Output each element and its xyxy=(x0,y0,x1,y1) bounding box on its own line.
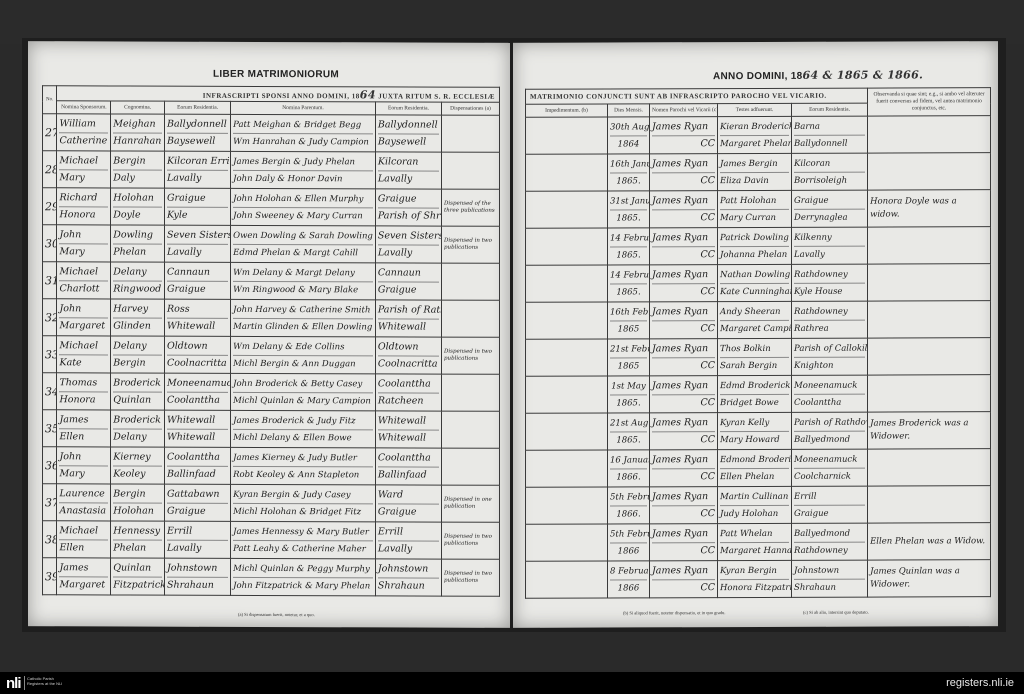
priest-name: James Ryan xyxy=(652,230,715,247)
bride-surname: Doyle xyxy=(113,207,162,223)
groom-parents: Michl Quinlan & Peggy Murphy xyxy=(233,560,373,577)
priest-title: CC xyxy=(652,321,715,337)
bride-name: Honora xyxy=(59,207,108,223)
marriage-date: 16th January1865. xyxy=(608,154,650,191)
date-year: 1865. xyxy=(610,432,647,448)
spouse-residence: OldtownCoolnacritta xyxy=(164,336,230,373)
bride-parents: Patt Leahy & Catherine Maher xyxy=(233,540,373,556)
parents-names: James Broderick & Judy FitzMichl Delany … xyxy=(231,410,376,448)
parents-names: John Holohan & Ellen MurphyJohn Sweeney … xyxy=(231,188,376,226)
groom-parents: James Hennessy & Mary Butler xyxy=(233,523,373,540)
priest-title: CC xyxy=(652,284,715,300)
date-day-month: 1st May xyxy=(610,378,647,395)
date-year: 1865. xyxy=(610,173,647,189)
bride-residence: Graigue xyxy=(167,503,228,519)
witness-1-residence: Moneenamuck xyxy=(794,451,865,468)
groom-parents: James Broderick & Judy Fitz xyxy=(233,412,373,429)
entry-number: 33 xyxy=(43,336,57,373)
spouse-residence: Seven SistersLavally xyxy=(164,225,230,262)
spouse-residence: CoolantthaBallinfaad xyxy=(164,447,230,484)
observations xyxy=(868,486,991,523)
right-banner: MATRIMONIO CONJUNCTI SUNT AB INFRASCRIPT… xyxy=(526,88,868,104)
bride-surname: Quinlan xyxy=(113,392,162,408)
witness-residence: MoneenamuckCoolcharnick xyxy=(792,449,868,486)
marriage-date: 14 February1865. xyxy=(608,228,650,265)
witness-2-residence: Coolanttha xyxy=(794,394,865,410)
witness-1: Nathan Dowling xyxy=(720,266,789,283)
table-row: 5th February1866.James RyanCCMartin Cull… xyxy=(526,486,991,525)
priest: James RyanCC xyxy=(650,450,718,487)
entry-number: 29 xyxy=(43,188,57,225)
spouse-first-names: MichaelEllen xyxy=(57,521,111,558)
groom-parents: John Broderick & Betty Casey xyxy=(233,375,373,392)
groom-parents: John Harvey & Catherine Smith xyxy=(233,301,373,318)
marriage-date: 5th February1866. xyxy=(608,487,650,524)
right-page: ANNO DOMINI, 1864 & 1865 & 1866. MATRIMO… xyxy=(513,41,998,628)
spouse-surnames: BroderickQuinlan xyxy=(111,373,165,410)
col-nomina-parentum: Nomina Parentum. xyxy=(231,101,376,115)
groom-surname: Meighan xyxy=(113,116,162,133)
witnesses: Thos BolkinSarah Bergin xyxy=(718,338,792,375)
groom-parents-residence: Ward xyxy=(378,487,439,504)
marriage-date: 21st August1865. xyxy=(608,413,650,450)
witness-2: Kate Cunningham xyxy=(720,283,789,299)
table-row: 32JohnMargaretHarveyGlindenRossWhitewall… xyxy=(43,299,500,338)
priest-name: James Ryan xyxy=(652,452,715,469)
nli-logo-subtitle: Catholic Parish Registers at the NLI xyxy=(27,676,67,686)
groom-name: Michael xyxy=(59,153,108,170)
col-cognomina: Cognomina. xyxy=(111,101,165,114)
table-row: 33MichaelKateDelanyBerginOldtownCoolnacr… xyxy=(43,336,500,375)
groom-residence: Oldtown xyxy=(167,338,228,355)
groom-residence: Johnstown xyxy=(167,560,228,577)
parents-names: James Bergin & Judy PhelanJohn Daly & Ho… xyxy=(231,151,376,189)
bride-parents-residence: Lavally xyxy=(378,245,439,261)
priest-title: CC xyxy=(652,506,715,522)
witness-2-residence: Graigue xyxy=(794,505,865,521)
observations: Ellen Phelan was a Widow. xyxy=(868,523,991,560)
bride-name: Ellen xyxy=(59,429,108,445)
witness-residence: RathdowneyKyle House xyxy=(792,264,868,301)
witness-2-residence: Knighton xyxy=(794,357,865,373)
groom-parents: Owen Dowling & Sarah Dowling xyxy=(233,227,373,244)
col-residentia: Eorum Residentia. xyxy=(164,101,230,114)
parents-names: James Hennessy & Mary ButlerPatt Leahy &… xyxy=(231,521,376,559)
bride-surname: Daly xyxy=(113,170,162,186)
col-dispensationes: Dispensationes (a) xyxy=(442,102,500,115)
witness-1: Kyran Kelly xyxy=(720,414,789,431)
bride-residence: Coolanttha xyxy=(167,392,228,408)
groom-name: Thomas xyxy=(59,375,108,392)
bride-parents-residence: Ballinfaad xyxy=(378,467,439,483)
witness-2-residence: Shrahaun xyxy=(794,579,865,595)
bride-parents-residence: Coolnacritta xyxy=(378,356,439,372)
witnesses: Patt HolohanMary Curran xyxy=(718,190,792,227)
bride-residence: Ballinfaad xyxy=(167,466,228,482)
col-observanda: Observanda si quae sint; e.g., si ambo v… xyxy=(868,88,991,116)
spouse-first-names: JamesEllen xyxy=(57,410,111,447)
site-link[interactable]: registers.nli.ie xyxy=(946,677,1014,689)
spouse-surnames: MeighanHanrahan xyxy=(111,114,165,151)
right-footnote-c: (c) Si ab alio, intersint quo deputato. xyxy=(803,610,869,615)
bride-surname: Phelan xyxy=(113,244,162,260)
groom-residence: Seven Sisters xyxy=(167,227,228,244)
witness-2-residence: Borrisoleigh xyxy=(794,172,865,188)
date-day-month: 21st August xyxy=(610,415,647,432)
spouse-residence: WhitewallWhitewall xyxy=(164,410,230,447)
spouse-residence: RossWhitewall xyxy=(164,299,230,336)
groom-surname: Hennessy xyxy=(113,523,162,540)
priest-title: CC xyxy=(652,469,715,485)
marriage-date: 16 January1866. xyxy=(608,450,650,487)
groom-parents: Wm Delany & Ede Collins xyxy=(233,338,373,355)
witness-2-residence: Rathrea xyxy=(794,320,865,336)
impedimentum xyxy=(526,154,608,191)
dispensation: Dispensed in two publications xyxy=(442,226,500,263)
table-row: 16th February1865James RyanCCAndy Sheera… xyxy=(526,301,991,340)
groom-residence: Whitewall xyxy=(167,412,228,429)
priest-title: CC xyxy=(652,136,715,152)
spouse-surnames: BerginDaly xyxy=(111,151,165,188)
priest: James RyanCC xyxy=(650,117,718,154)
witness-2: Mary Curran xyxy=(720,209,789,225)
table-row: 30th August1864James RyanCCKieran Broder… xyxy=(526,116,991,155)
groom-parents: Patt Meighan & Bridget Begg xyxy=(233,116,373,133)
observations: James Broderick was a Widower. xyxy=(868,412,991,449)
bride-parents: Robt Keoley & Ann Stapleton xyxy=(233,466,373,482)
witness-2: Eliza Davin xyxy=(720,172,789,188)
bride-parents-residence: Shrahaun xyxy=(378,578,439,594)
witness-2: Margaret Campion xyxy=(720,320,789,336)
spouse-surnames: DelanyRingwood xyxy=(111,262,165,299)
groom-surname: Delany xyxy=(113,264,162,281)
priest-name: James Ryan xyxy=(652,304,715,321)
spouse-surnames: HarveyGlinden xyxy=(111,299,165,336)
entry-number: 35 xyxy=(43,410,57,447)
table-row: 35JamesEllenBroderickDelanyWhitewallWhit… xyxy=(43,410,500,449)
date-day-month: 21st February xyxy=(610,341,647,358)
witness-1-residence: Ballyedmond xyxy=(794,525,865,542)
witness-1: Martin Cullinan xyxy=(720,488,789,505)
witness-1-residence: Kilcoran xyxy=(794,155,865,172)
bride-parents-residence: Whitewall xyxy=(378,430,439,446)
witness-2-residence: Ballyedmond xyxy=(794,431,865,447)
parents-names: James Kierney & Judy ButlerRobt Keoley &… xyxy=(231,447,376,485)
spouse-surnames: DowlingPhelan xyxy=(111,225,165,262)
dispensation xyxy=(442,300,500,337)
witness-2: Margaret Hanna xyxy=(720,542,789,558)
table-row: 37LaurenceAnastasiaBerginHolohanGattabaw… xyxy=(43,484,500,523)
parents-residence: CannaunGraigue xyxy=(375,263,441,300)
bride-parents-residence: Whitewall xyxy=(378,319,439,335)
dispensation xyxy=(442,152,500,189)
spouse-first-names: LaurenceAnastasia xyxy=(57,484,111,521)
groom-surname: Dowling xyxy=(113,227,162,244)
groom-parents: Wm Delany & Margt Delany xyxy=(233,264,373,281)
priest-name: James Ryan xyxy=(652,378,715,395)
bride-residence: Whitewall xyxy=(167,318,228,334)
entry-number: 32 xyxy=(43,299,57,336)
table-row: 8 February1866James RyanCCKyran BerginHo… xyxy=(526,560,991,599)
priest: James RyanCC xyxy=(650,302,718,339)
table-row: 14 February1865.James RyanCCPatrick Dowl… xyxy=(526,227,991,266)
bride-name: Ellen xyxy=(59,540,108,556)
bride-residence: Shrahaun xyxy=(167,577,228,593)
dispensation xyxy=(442,115,500,152)
spouse-surnames: BerginHolohan xyxy=(111,484,165,521)
col-no: No. xyxy=(43,86,57,114)
bride-surname: Fitzpatrick xyxy=(113,577,162,593)
witness-1-residence: Barna xyxy=(794,118,865,135)
witness-residence: BarnaBallydonnell xyxy=(792,116,868,153)
table-row: 38MichaelEllenHennessyPhelanErrillLavall… xyxy=(43,521,500,560)
priest-name: James Ryan xyxy=(652,526,715,543)
witnesses: Edmond BroderickEllen Phelan xyxy=(718,449,792,486)
groom-parents-residence: Coolanttha xyxy=(378,450,439,467)
priest: James RyanCC xyxy=(650,413,718,450)
col-nomina-sponsorum: Nomina Sponsorum. xyxy=(57,101,111,114)
witness-residence: ErrillGraigue xyxy=(792,486,868,523)
witness-1: Andy Sheeran xyxy=(720,303,789,320)
bride-parents: Wm Hanrahan & Judy Campion xyxy=(233,133,373,149)
priest-name: James Ryan xyxy=(652,156,715,173)
entry-number: 28 xyxy=(43,151,57,188)
observations: Honora Doyle was a widow. xyxy=(868,190,991,227)
priest-name: James Ryan xyxy=(652,415,715,432)
table-row: 28MichaelMaryBerginDalyKilcoran ErrillLa… xyxy=(43,151,500,190)
footer-bar xyxy=(0,672,1024,694)
table-row: 16 January1866.James RyanCCEdmond Broder… xyxy=(526,449,991,488)
groom-surname: Bergin xyxy=(113,486,162,503)
bride-parents: John Daly & Honor Davin xyxy=(233,170,373,186)
impedimentum xyxy=(526,413,608,450)
priest-title: CC xyxy=(652,173,715,189)
groom-parents-residence: Errill xyxy=(378,524,439,541)
groom-surname: Holohan xyxy=(113,190,162,207)
dispensation: Dispensed in two publications xyxy=(442,559,500,596)
logo-divider xyxy=(24,676,25,690)
table-row: 27WilliamCatherineMeighanHanrahanBallydo… xyxy=(43,114,500,153)
col-impedimentum: Impedimentum. (b) xyxy=(526,104,608,117)
date-year: 1866. xyxy=(610,506,647,522)
bride-surname: Hanrahan xyxy=(113,133,162,149)
groom-name: Richard xyxy=(59,190,108,207)
date-day-month: 30th August xyxy=(610,119,647,136)
groom-parents: James Kierney & Judy Butler xyxy=(233,449,373,466)
date-day-month: 16th February xyxy=(610,304,647,321)
witness-2: Mary Howard xyxy=(720,431,789,447)
witness-2: Judy Holohan xyxy=(720,505,789,521)
impedimentum xyxy=(526,191,608,228)
witness-1-residence: Johnstown xyxy=(794,562,865,579)
observations xyxy=(868,338,991,375)
witness-2-residence: Kyle House xyxy=(794,283,865,299)
observations: James Quinlan was a Widower. xyxy=(868,560,991,597)
witnesses: Kyran BerginHonora Fitzpatrick xyxy=(718,560,792,597)
bride-surname: Glinden xyxy=(113,318,162,334)
witness-1: Kyran Bergin xyxy=(720,562,789,579)
bride-name: Margaret xyxy=(59,577,108,593)
groom-residence: Graigue xyxy=(167,190,228,207)
left-footnote: (a) Si dispensatum fuerit, notetur, et a… xyxy=(238,612,315,617)
priest-title: CC xyxy=(652,432,715,448)
impedimentum xyxy=(526,265,608,302)
bride-name: Margaret xyxy=(59,318,108,334)
spouse-surnames: QuinlanFitzpatrick xyxy=(111,558,165,595)
bride-parents: John Sweeney & Mary Curran xyxy=(233,207,373,223)
dispensation xyxy=(442,448,500,485)
col-witness-residentia: Eorum Residentia. xyxy=(792,103,868,116)
bride-name: Mary xyxy=(59,244,108,260)
groom-name: John xyxy=(59,449,108,466)
witness-1: Kieran Broderick xyxy=(720,118,789,135)
entry-number: 34 xyxy=(43,373,57,410)
table-row: 31MichaelCharlottDelanyRingwoodCannaunGr… xyxy=(43,262,500,301)
parents-names: Owen Dowling & Sarah DowlingEdmd Phelan … xyxy=(231,225,376,263)
bride-name: Catherine xyxy=(59,133,108,149)
date-day-month: 16th January xyxy=(610,156,647,173)
impedimentum xyxy=(526,302,608,339)
banner-year-handwritten: 64 xyxy=(360,88,376,101)
marriage-date: 30th August1864 xyxy=(608,117,650,154)
witness-2: Sarah Bergin xyxy=(720,357,789,373)
groom-parents: John Holohan & Ellen Murphy xyxy=(233,190,373,207)
parents-residence: Parish of RathdowneyWhitewall xyxy=(375,300,441,337)
bride-parents: John Fitzpatrick & Mary Phelan xyxy=(233,577,373,593)
groom-surname: Delany xyxy=(113,338,162,355)
dispensation xyxy=(442,263,500,300)
bride-residence: Lavally xyxy=(167,540,228,556)
observations xyxy=(868,227,991,264)
spouse-residence: JohnstownShrahaun xyxy=(164,558,230,595)
groom-parents-residence: Seven Sisters xyxy=(378,228,439,245)
bride-surname: Delany xyxy=(113,429,162,445)
date-year: 1866. xyxy=(610,469,647,485)
priest-title: CC xyxy=(652,395,715,411)
groom-residence: Cannaun xyxy=(167,264,228,281)
witness-residence: GraigueDerrynaglea xyxy=(792,190,868,227)
priest: James RyanCC xyxy=(650,487,718,524)
observations xyxy=(868,264,991,301)
groom-residence: Moneenamuck xyxy=(167,375,228,392)
witness-1-residence: Parish of Callokill xyxy=(794,340,865,357)
bride-parents-residence: Baysewell xyxy=(378,134,439,150)
groom-parents-residence: Cannaun xyxy=(378,265,439,282)
date-day-month: 31st January xyxy=(610,193,647,210)
parents-residence: Seven SistersLavally xyxy=(375,226,441,263)
witness-2: Honora Fitzpatrick xyxy=(720,579,789,595)
bride-parents-residence: Graigue xyxy=(378,504,439,520)
bride-parents: Wm Ringwood & Mary Blake xyxy=(233,281,373,297)
spouse-residence: GattabawnGraigue xyxy=(164,484,230,521)
spouse-first-names: ThomasHonora xyxy=(57,373,111,410)
left-page: LIBER MATRIMONIORUM No. INFRASCRIPTI SPO… xyxy=(28,41,510,628)
table-row: 1st May1865.James RyanCCEdmd BroderickBr… xyxy=(526,375,991,414)
witness-residence: Parish of CallokillKnighton xyxy=(792,338,868,375)
date-day-month: 5th February xyxy=(610,489,647,506)
right-title-text: ANNO DOMINI, 18 xyxy=(713,71,803,82)
marriage-register-table-left: No. INFRASCRIPTI SPONSI ANNO DOMINI, 186… xyxy=(42,85,500,597)
priest-title: CC xyxy=(652,247,715,263)
impedimentum xyxy=(526,339,608,376)
groom-residence: Gattabawn xyxy=(167,486,228,503)
witness-1: Patrick Dowling xyxy=(720,229,789,246)
date-day-month: 14 February xyxy=(610,230,647,247)
witness-1: Edmond Broderick xyxy=(720,451,789,468)
groom-surname: Bergin xyxy=(113,153,162,170)
witness-1: James Bergin xyxy=(720,155,789,172)
date-day-month: 8 February xyxy=(610,563,647,580)
groom-parents-residence: Johnstown xyxy=(378,561,439,578)
spouse-surnames: DelanyBergin xyxy=(111,336,165,373)
groom-name: Michael xyxy=(59,523,108,540)
groom-name: Michael xyxy=(59,338,108,355)
bride-parents-residence: Graigue xyxy=(378,282,439,298)
marriage-date: 21st February1865 xyxy=(608,339,650,376)
witness-1-residence: Errill xyxy=(794,488,865,505)
witness-1: Patt Whelan xyxy=(720,525,789,542)
parents-residence: OldtownCoolnacritta xyxy=(375,337,441,374)
parents-names: Wm Delany & Ede CollinsMichl Bergin & An… xyxy=(231,336,376,374)
witness-residence: RathdowneyRathrea xyxy=(792,301,868,338)
bride-residence: Whitewall xyxy=(167,429,228,445)
spouse-first-names: JohnMary xyxy=(57,447,111,484)
dispensation xyxy=(442,411,500,448)
impedimentum xyxy=(526,450,608,487)
groom-name: Laurence xyxy=(59,486,108,503)
witness-residence: Parish of RathdowneyBallyedmond xyxy=(792,412,868,449)
entry-number: 30 xyxy=(43,225,57,262)
bride-residence: Baysewell xyxy=(167,133,228,149)
bride-surname: Ringwood xyxy=(113,281,162,297)
parents-residence: WardGraigue xyxy=(375,485,441,522)
col-parents-residentia: Eorum Residentia. xyxy=(375,102,441,115)
bride-parents-residence: Parish of Shrule xyxy=(378,208,439,224)
priest: James RyanCC xyxy=(650,228,718,265)
bride-surname: Bergin xyxy=(113,355,162,371)
marriage-date: 31st January1865. xyxy=(608,191,650,228)
witness-1-residence: Kilkenny xyxy=(794,229,865,246)
spouse-first-names: JohnMary xyxy=(57,225,111,262)
table-row: 31st January1865.James RyanCCPatt Holoha… xyxy=(526,190,991,229)
observations xyxy=(868,375,991,412)
bride-parents-residence: Ratcheen xyxy=(378,393,439,409)
nli-logo[interactable]: nli xyxy=(6,675,21,692)
spouse-first-names: JamesMargaret xyxy=(57,558,111,595)
table-row: 21st August1865.James RyanCCKyran KellyM… xyxy=(526,412,991,451)
dispensation: Dispensed in two publications xyxy=(442,337,500,374)
marriage-date: 14 February1865. xyxy=(608,265,650,302)
groom-name: James xyxy=(59,412,108,429)
impedimentum xyxy=(526,117,608,154)
priest: James RyanCC xyxy=(650,561,718,598)
impedimentum xyxy=(526,228,608,265)
table-row: 16th January1865.James RyanCCJames Bergi… xyxy=(526,153,991,192)
spouse-first-names: WilliamCatherine xyxy=(57,114,111,151)
witnesses: Nathan DowlingKate Cunningham xyxy=(718,264,792,301)
parents-names: Patt Meighan & Bridget BeggWm Hanrahan &… xyxy=(231,114,376,152)
entry-number: 38 xyxy=(43,521,57,558)
spouse-surnames: BroderickDelany xyxy=(111,410,165,447)
bride-parents: Michl Quinlan & Mary Campion xyxy=(233,392,373,408)
observations xyxy=(868,301,991,338)
table-row: 39JamesMargaretQuinlanFitzpatrickJohnsto… xyxy=(43,558,500,597)
priest-title: CC xyxy=(652,580,715,596)
witnesses: Patt WhelanMargaret Hanna xyxy=(718,523,792,560)
observations xyxy=(868,449,991,486)
bride-residence: Lavally xyxy=(167,244,228,260)
parents-residence: GraigueParish of Shrule xyxy=(375,189,441,226)
